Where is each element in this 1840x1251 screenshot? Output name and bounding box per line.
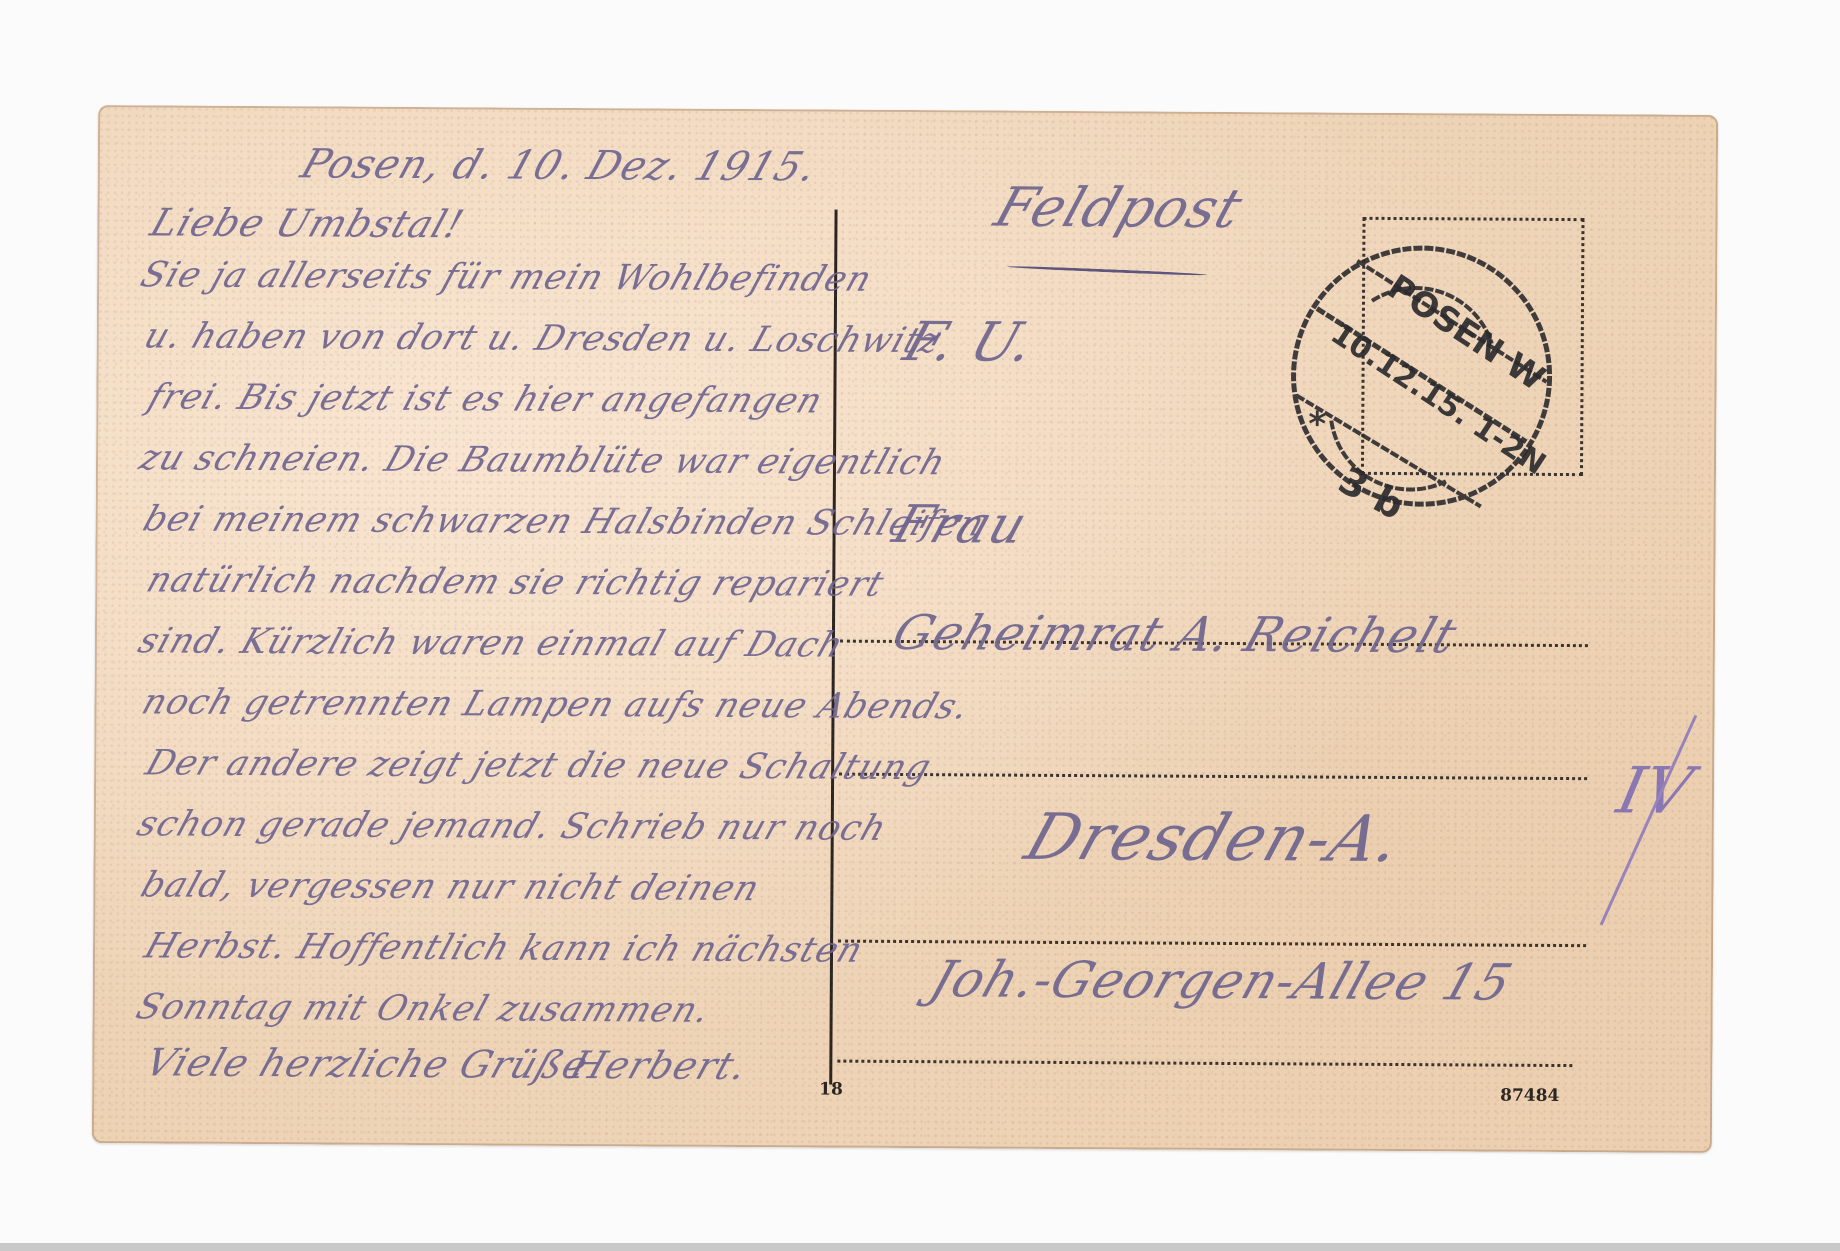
message-body: Sie ja allerseits für mein Wohlbefindenu… (98, 105, 1718, 115)
message-line: noch getrennten Lampen aufs neue Abends. (137, 682, 975, 727)
message-line: Sonntag mit Onkel zusammen. (131, 987, 715, 1030)
address-salutation: Frau (886, 495, 1035, 556)
feldpost-underline (1007, 265, 1207, 276)
message-signature: Herbert. (565, 1043, 754, 1088)
postcard: 18 87484 Posen, d. 10. Dez. 1915. Liebe … (92, 105, 1718, 1153)
printed-number-left: 18 (819, 1079, 843, 1099)
message-line: zu schneien. Die Baumblüte war eigentlic… (134, 438, 951, 483)
postmark-code: 3 b (1332, 458, 1412, 522)
postmark-star: * (1308, 404, 1326, 444)
message-line: bei meinem schwarzen Halsbinden Schleife… (138, 499, 990, 544)
message-line: Herbst. Hoffentlich kann ich nächsten (139, 926, 868, 970)
message-line: Der andere zeigt jetzt die neue Schaltun… (141, 743, 937, 788)
feldpost-header: Feldpost (987, 176, 1251, 240)
printed-number-right: 87484 (1500, 1086, 1559, 1106)
message-line: sind. Kürzlich waren einmal auf Dach (133, 621, 849, 665)
message-line: frei. Bis jetzt ist es hier angefangen (143, 377, 828, 421)
message-line: bald, vergessen nur nicht deinen (136, 865, 765, 909)
message-line: schon gerade jemand. Schrieb nur noch (132, 804, 892, 848)
address-street: Joh.-Georgen-Allee 15 (923, 950, 1519, 1011)
address-line-4 (837, 1060, 1572, 1067)
message-line: u. haben von dort u. Dresden u. Loschwit… (139, 316, 946, 361)
postmark-date: 10.12.15. 1-2N (1324, 316, 1551, 482)
message-closing: Viele herzliche Grüße (140, 1040, 594, 1087)
address-line-3 (838, 940, 1586, 948)
scan-bottom-strip (0, 1243, 1840, 1251)
postmark-stamp: POSEN W 10.12.15. 1-2N * 3 b (1276, 230, 1568, 522)
message-dateline: Posen, d. 10. Dez. 1915. (295, 141, 823, 190)
address-line-2 (839, 773, 1587, 781)
message-line: Sie ja allerseits für mein Wohlbefinden (136, 255, 878, 299)
margin-mark: IV (1611, 754, 1699, 828)
address-name: Geheimrat A. Reichelt (886, 605, 1464, 664)
message-greeting: Liebe Umbstal! (145, 200, 470, 246)
message-line: natürlich nachdem sie richtig repariert (142, 560, 890, 604)
address-city: Dresden-A. (1016, 801, 1411, 877)
service-note: F. U. (896, 310, 1043, 374)
